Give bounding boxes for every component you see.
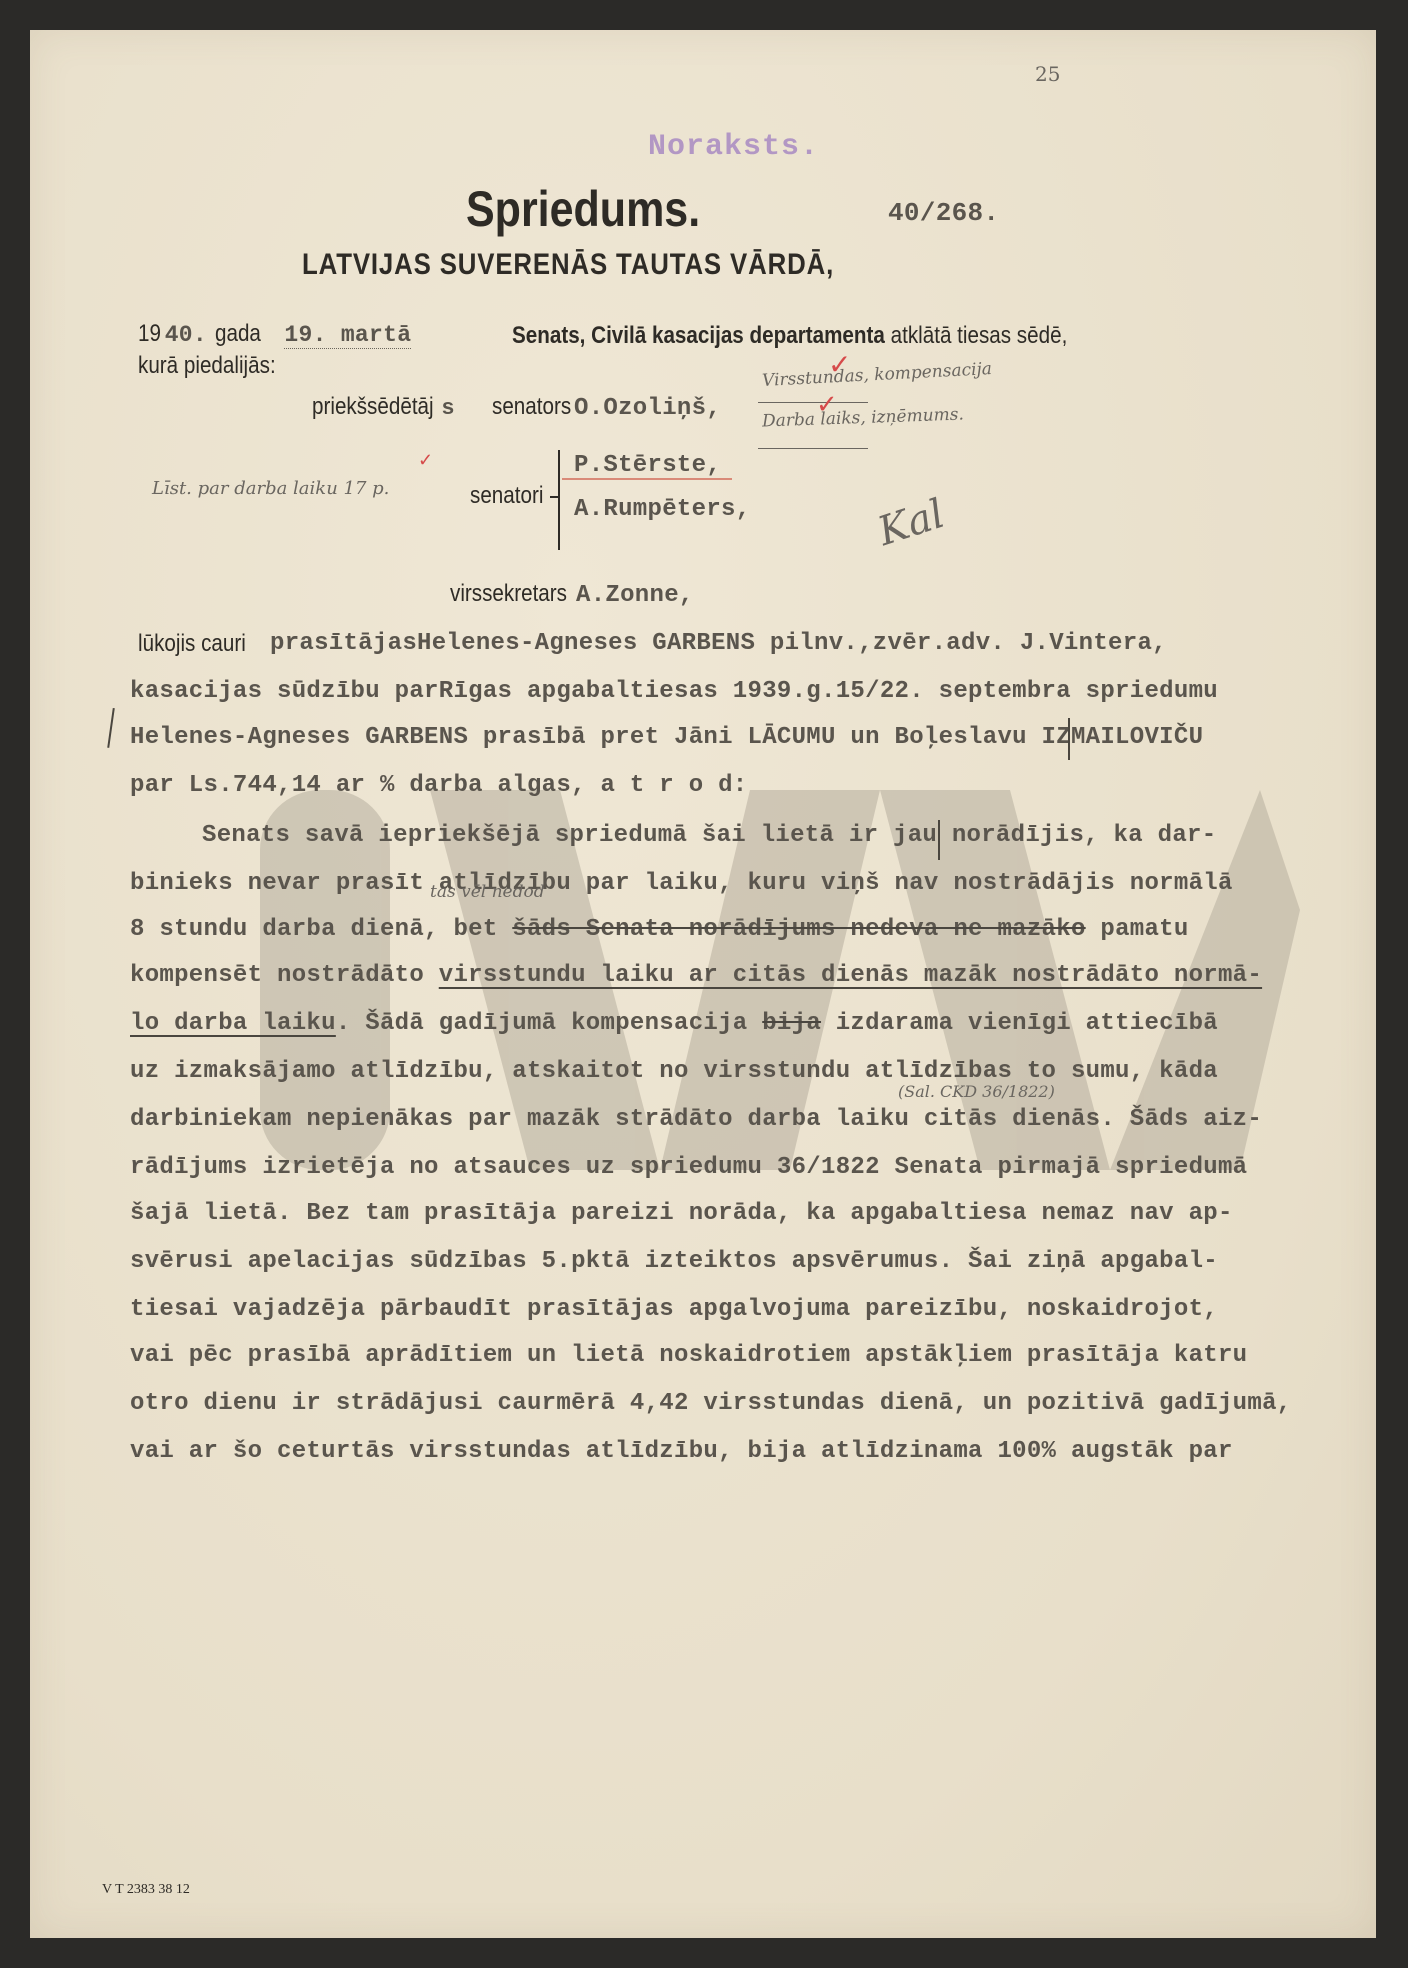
red-underline	[562, 478, 732, 480]
court-line: Senats, Civilā kasacijas departamenta at…	[512, 322, 1067, 350]
red-checkmark-1: ✓	[828, 348, 851, 382]
case-number: 40/268.	[888, 198, 999, 228]
secretary-name: A.Zonne,	[576, 582, 694, 609]
paragraph-line-1: Senats savā iepriekšējā spriedumā šai li…	[202, 822, 1216, 849]
year-typed: 40.	[165, 322, 207, 348]
senator-name-1: P.Stērste,	[574, 452, 721, 479]
copy-stamp: Noraksts.	[648, 130, 819, 164]
body-line-4: par Ls.744,14 ar % darba algas, a t r o …	[130, 772, 748, 799]
document-page: 25 Noraksts. 40/268. Spriedums. LATVIJAS…	[30, 30, 1376, 1938]
underlined-text: virsstundu laiku ar citās dienās mazāk n…	[439, 962, 1262, 989]
senator-name-2: A.Rumpēters,	[574, 496, 750, 523]
chairman-role-suffix: s	[441, 396, 455, 421]
body-line-1: prasītājasHelenes-Agneses GARBENS pilnv.…	[270, 630, 1167, 657]
gada-label: gada	[215, 320, 261, 348]
document-subtitle: LATVIJAS SUVERENĀS TAUTAS VĀRDĀ,	[302, 248, 834, 282]
footer-print-code: V T 2383 38 12	[102, 1882, 190, 1898]
margin-underline-1	[758, 402, 868, 403]
bracket-left	[107, 708, 116, 748]
paragraph-line-7: darbiniekam nepienākas par mazāk strādāt…	[130, 1106, 1262, 1133]
chairman-role: priekšsēdētāj	[312, 393, 434, 421]
paragraph-line-14: vai ar šo ceturtās virsstundas atlīdzību…	[130, 1438, 1233, 1465]
body-line-3: Helenes-Agneses GARBENS prasībā pret Jān…	[130, 724, 1203, 751]
court-department: Civilā kasacijas departamenta	[591, 322, 885, 349]
document-title: Spriedums.	[466, 180, 700, 238]
chairman-title: senators	[492, 393, 571, 421]
paragraph-line-12: vai pēc prasībā aprādītiem un lietā nosk…	[130, 1342, 1247, 1369]
paragraph-line-13: otro dienu ir strādājusi caurmērā 4,42 v…	[130, 1390, 1291, 1417]
date-line: 1940. gada 19. martā	[138, 320, 411, 348]
participants-label: kurā piedalijās:	[138, 352, 276, 380]
year-prefix: 19	[138, 320, 161, 348]
court-prefix: Senats,	[512, 322, 591, 349]
intro-label: lūkojis cauri	[138, 630, 246, 658]
margin-note-keyword-1: Virsstundas, kompensacija	[762, 359, 993, 391]
paragraph-line-5: lo darba laiku. Šādā gadījumā kompensaci…	[130, 1010, 1218, 1037]
page-number: 25	[1035, 62, 1060, 86]
paragraph-line-4: kompensēt nostrādāto virsstundu laiku ar…	[130, 962, 1262, 989]
chairman-name: O.Ozoliņš,	[574, 395, 721, 422]
paragraph-line-10: svērusi apelacijas sūdzības 5.pktā iztei…	[130, 1248, 1218, 1275]
body-line-2: kasacijas sūdzību parRīgas apgabaltiesas…	[130, 678, 1218, 705]
paragraph-line-6: uz izmaksājamo atlīdzību, atskaitot no v…	[130, 1058, 1218, 1085]
paragraph-line-3: 8 stundu darba dienā, bet šāds Senata no…	[130, 916, 1189, 943]
court-suffix: atklātā tiesas sēdē,	[885, 322, 1067, 349]
paragraph-line-9: šajā lietā. Bez tam prasītāja pareizi no…	[130, 1200, 1233, 1227]
red-checkmark-2: ✓	[816, 390, 838, 420]
secretary-label: virssekretars	[450, 580, 567, 608]
chairman-line: priekšsēdētāj s	[312, 393, 455, 421]
margin-underline-2	[758, 448, 868, 449]
margin-note-keyword-2: Darba laiks, izņēmums.	[762, 404, 964, 431]
paragraph-line-2: binieks nevar prasīt atlīdzību par laiku…	[130, 870, 1233, 897]
insert-note: tas vēl nedod	[430, 882, 545, 902]
bracket-right	[1068, 718, 1070, 760]
paragraph-line-8: rādījums izrietēja no atsauces uz spried…	[130, 1154, 1247, 1181]
senators-brace	[558, 450, 560, 550]
struck-text: šāds Senata norādījums nedeva ne mazāko	[512, 916, 1085, 943]
reference-note: (Sal. CKD 36/1822)	[898, 1082, 1055, 1101]
handwritten-initials: Kal	[873, 491, 950, 555]
insert-bracket	[938, 820, 940, 860]
margin-note-left: Līst. par darba laiku 17 p.	[152, 478, 389, 499]
senators-label: senatori	[470, 482, 543, 510]
date-typed: 19. martā	[284, 322, 411, 349]
paragraph-line-11: tiesai vajadzēja pārbaudīt prasītājas ap…	[130, 1296, 1218, 1323]
red-checkmark-3: ✓	[418, 450, 433, 471]
